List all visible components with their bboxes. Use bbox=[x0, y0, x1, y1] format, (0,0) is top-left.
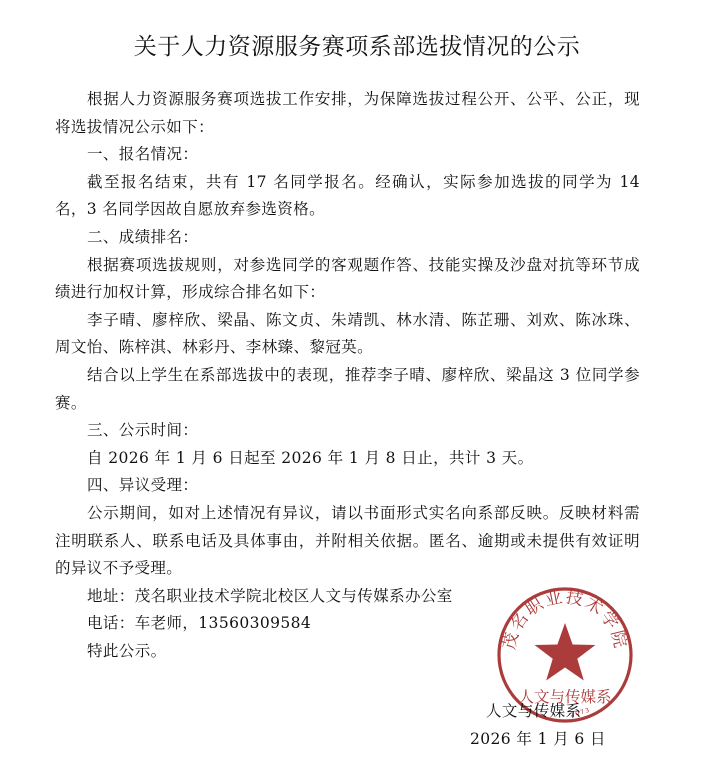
document-body: 根据人力资源服务赛项选拔工作安排，为保障选拔过程公开、公平、公正，现将选拔情况公… bbox=[55, 86, 640, 665]
period-paragraph: 自 2026 年 1 月 6 日起至 2026 年 1 月 8 日止，共计 3 … bbox=[55, 445, 640, 473]
star-icon bbox=[535, 623, 596, 681]
registration-paragraph: 截至报名结束，共有 17 名同学报名。经确认，实际参加选拔的同学为 14 名，3… bbox=[55, 169, 640, 224]
section-heading-ranking: 二、成绩排名： bbox=[55, 224, 640, 252]
recommendation-paragraph: 结合以上学生在系部选拔中的表现，推荐李子晴、廖梓欣、梁晶这 3 位同学参赛。 bbox=[55, 362, 640, 417]
section-heading-objection: 四、异议受理： bbox=[55, 472, 640, 500]
document-title: 关于人力资源服务赛项系部选拔情况的公示 bbox=[0, 30, 714, 64]
intro-paragraph: 根据人力资源服务赛项选拔工作安排，为保障选拔过程公开、公平、公正，现将选拔情况公… bbox=[55, 86, 640, 141]
signature-date: 2026 年 1 月 6 日 bbox=[470, 725, 606, 753]
seal-center-text: 人文与传媒系 bbox=[518, 688, 611, 706]
ranking-list-paragraph: 李子晴、廖梓欣、梁晶、陈文贞、朱靖凯、林水清、陈芷珊、刘欢、陈冰珠、周文怡、陈梓… bbox=[55, 307, 640, 362]
section-heading-period: 三、公示时间： bbox=[55, 417, 640, 445]
notice-document: 关于人力资源服务赛项系部选拔情况的公示 根据人力资源服务赛项选拔工作安排，为保障… bbox=[0, 0, 714, 778]
objection-paragraph: 公示期间，如对上述情况有异议，请以书面形式实名向系部反映。反映材料需注明联系人、… bbox=[55, 500, 640, 583]
ranking-rules-paragraph: 根据赛项选拔规则，对参选同学的客观题作答、技能实操及沙盘对抗等环节成绩进行加权计… bbox=[55, 252, 640, 307]
section-heading-registration: 一、报名情况： bbox=[55, 141, 640, 169]
official-seal-stamp: 茂名职业技术学院 人文与传媒系 1073 bbox=[495, 585, 635, 725]
